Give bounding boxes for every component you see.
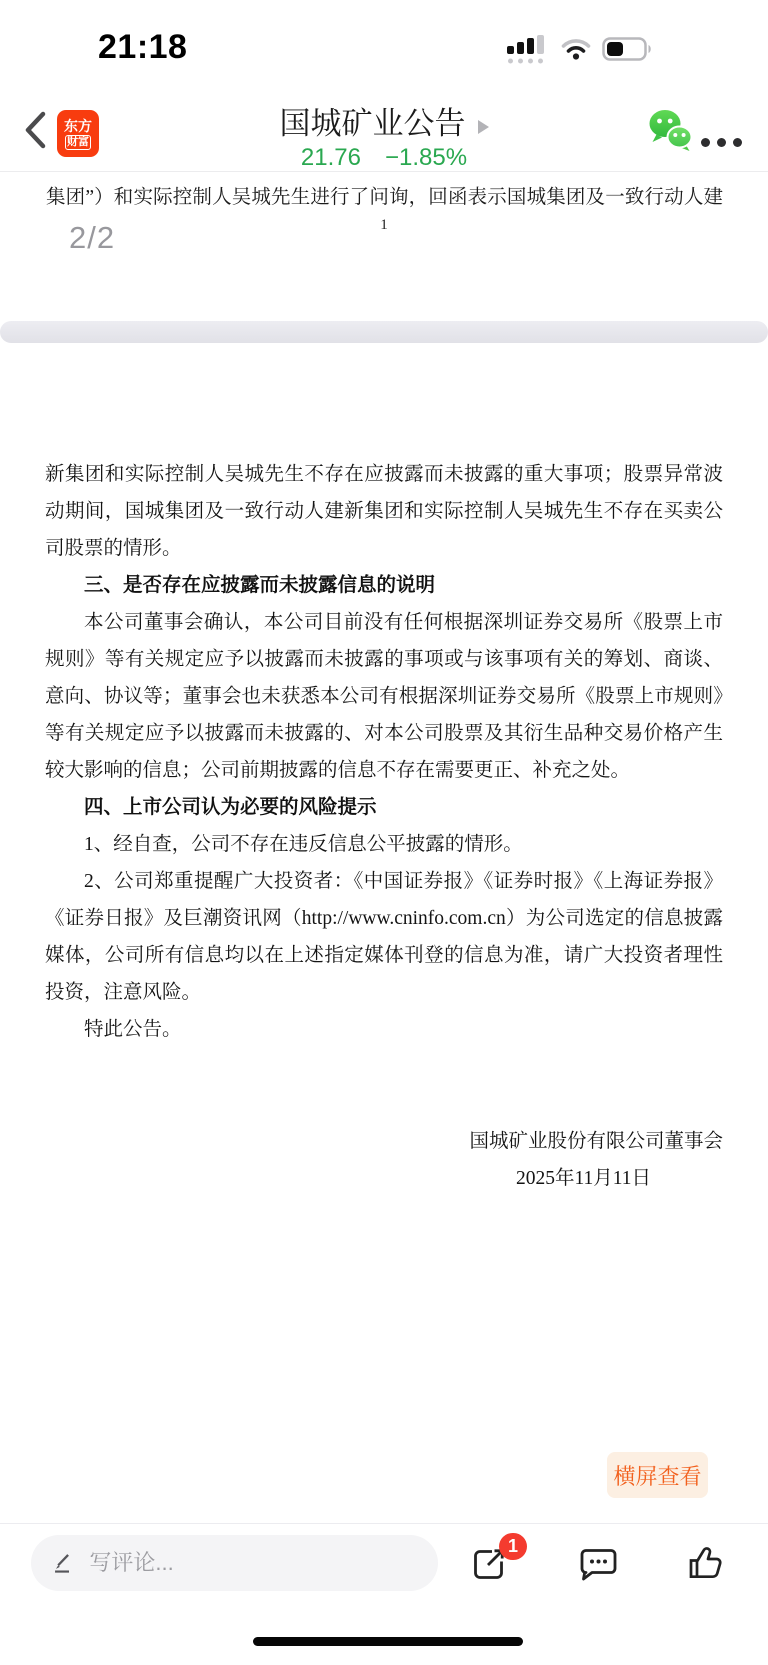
doc-signature: 国城矿业股份有限公司董事会 — [45, 1123, 723, 1160]
page-separator — [0, 321, 768, 343]
wifi-icon — [561, 37, 591, 61]
share-badge: 1 — [499, 1533, 527, 1560]
wechat-icon — [646, 108, 694, 154]
header-title-area: 国城矿业公告 21.76 −1.85% — [120, 98, 648, 172]
doc-item-1: 1、经自查，公司不存在违反信息公平披露的情形。 — [45, 826, 723, 863]
like-button[interactable] — [682, 1540, 728, 1588]
doc-paragraph-3: 本公司董事会确认，本公司目前没有任何根据深圳证券交易所《股票上市规则》等有关规定… — [45, 604, 723, 789]
stock-quote[interactable]: 21.76 −1.85% — [120, 144, 648, 172]
back-button[interactable] — [22, 106, 58, 154]
page1-footer-number: 1 — [0, 217, 768, 234]
header: 东方 财富 国城矿业公告 21.76 −1.85% — [0, 90, 768, 172]
page-indicator: 2/2 — [69, 220, 115, 256]
comment-input-wrap[interactable] — [31, 1535, 438, 1591]
doc-date: 2025年11月11日 — [45, 1160, 723, 1197]
pdf-viewer[interactable]: 集团”）和实际控制人吴城先生进行了问询，回函表示国城集团及一致行动人建 1 2/… — [0, 172, 768, 1197]
doc-item-2: 2、公司郑重提醒广大投资者：《中国证券报》《证券时报》《上海证券报》《证券日报》… — [45, 863, 723, 1011]
cellular-signal-icon — [506, 33, 550, 65]
doc-heading-3: 三、是否存在应披露而未披露信息的说明 — [45, 567, 723, 604]
comment-input[interactable] — [87, 1549, 420, 1577]
status-icons — [506, 33, 654, 65]
document-page-1: 集团”）和实际控制人吴城先生进行了问询，回函表示国城集团及一致行动人建 1 2/… — [0, 172, 768, 321]
share-button[interactable]: 1 — [466, 1540, 512, 1588]
more-button[interactable] — [701, 134, 742, 151]
logo-text-top: 东方 — [64, 118, 92, 134]
document-page-2: 新集团和实际控制人吴城先生不存在应披露而未披露的重大事项；股票异常波动期间，国城… — [0, 343, 768, 1197]
doc-paragraph-continuation: 新集团和实际控制人吴城先生不存在应披露而未披露的重大事项；股票异常波动期间，国城… — [45, 456, 723, 567]
battery-icon — [602, 36, 654, 62]
logo-text-bottom: 财富 — [65, 135, 91, 150]
comments-button[interactable] — [575, 1540, 621, 1588]
chevron-left-icon — [22, 110, 48, 150]
doc-heading-4: 四、上市公司认为必要的风险提示 — [45, 789, 723, 826]
wechat-share-button[interactable] — [646, 108, 694, 159]
thumbs-up-icon — [686, 1545, 724, 1583]
chevron-right-icon[interactable] — [478, 120, 489, 134]
home-indicator[interactable] — [253, 1637, 523, 1646]
more-dots-icon — [701, 138, 710, 147]
stock-price: 21.76 — [301, 144, 361, 172]
app-logo-eastmoney[interactable]: 东方 财富 — [57, 110, 99, 157]
screen: 21:18 — [0, 0, 768, 1665]
comment-bubble-icon — [578, 1546, 618, 1582]
pencil-icon — [51, 1550, 74, 1576]
landscape-view-button[interactable]: 横屏查看 — [607, 1452, 708, 1498]
page1-last-line: 集团”）和实际控制人吴城先生进行了问询，回函表示国城集团及一致行动人建 — [0, 172, 768, 212]
page-title: 国城矿业公告 — [280, 98, 466, 143]
status-time: 21:18 — [98, 28, 187, 67]
status-bar: 21:18 — [0, 0, 768, 90]
doc-closing: 特此公告。 — [45, 1011, 723, 1048]
stock-change: −1.85% — [385, 144, 467, 172]
